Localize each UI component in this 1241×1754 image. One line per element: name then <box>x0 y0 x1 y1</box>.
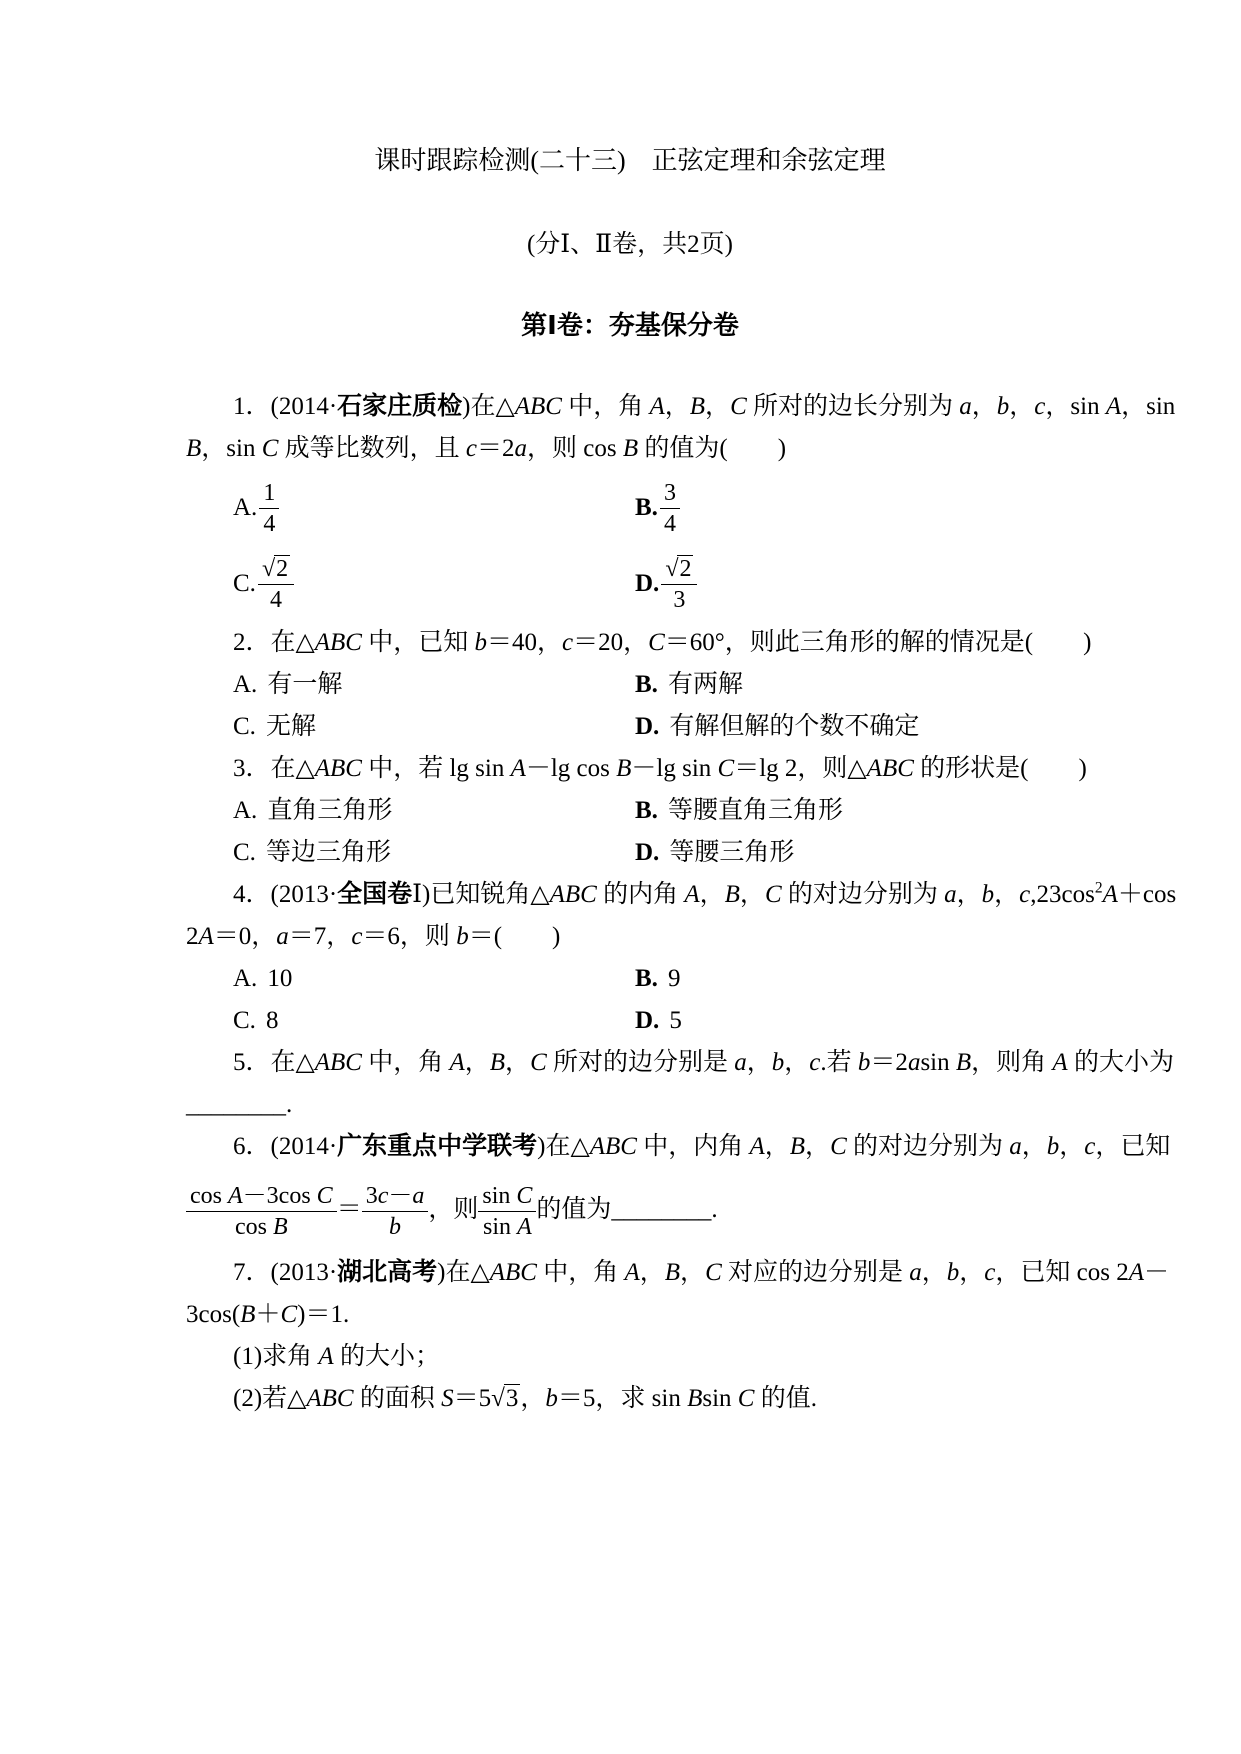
section-header: 第Ⅰ卷：夯基保分卷 <box>186 304 1074 346</box>
text-line: B，sin C 成等比数列，且 c＝2a，则 cos B 的值为( ) <box>186 428 1074 470</box>
document-page: 课时跟踪检测(二十三) 正弦定理和余弦定理 (分Ⅰ、Ⅱ卷，共2页) 第Ⅰ卷：夯基… <box>0 0 1241 1754</box>
option-label: A. <box>233 958 257 1000</box>
option-text: 14 <box>259 478 279 539</box>
text-line: ________. <box>186 1084 1074 1126</box>
option-text: √23 <box>661 554 697 615</box>
option-row: C.等边三角形D.等腰三角形 <box>186 832 1074 874</box>
option-item: C.无解 <box>233 706 635 748</box>
option-label: B. <box>635 958 658 1000</box>
page-title: 课时跟踪检测(二十三) 正弦定理和余弦定理 <box>186 140 1074 182</box>
option-label: A. <box>233 790 257 832</box>
option-label: C. <box>233 563 256 605</box>
option-row: A.直角三角形B.等腰直角三角形 <box>186 790 1074 832</box>
option-item: B.等腰直角三角形 <box>635 790 843 832</box>
text-line: 2A＝0，a＝7，c＝6，则 b＝( ) <box>186 916 1074 958</box>
option-label: B. <box>635 790 658 832</box>
page-subtitle: (分Ⅰ、Ⅱ卷，共2页) <box>186 224 1074 266</box>
option-label: B. <box>635 664 658 706</box>
option-text: √24 <box>258 554 294 615</box>
option-text: 等边三角形 <box>266 832 391 874</box>
option-row: A.10B.9 <box>186 958 1074 1000</box>
option-text: 有解但解的个数不确定 <box>669 706 919 748</box>
option-text: 无解 <box>266 706 316 748</box>
option-label: A. <box>233 664 257 706</box>
option-item: A.直角三角形 <box>233 790 635 832</box>
fraction: cos A－3cos Ccos B <box>186 1181 337 1242</box>
option-item: A.10 <box>233 958 635 1000</box>
text-line: 7．(2013·湖北高考)在△ABC 中，角 A，B，C 对应的边分别是 a，b… <box>186 1252 1074 1294</box>
option-item: D.5 <box>635 1000 682 1042</box>
option-item: B.9 <box>635 958 680 1000</box>
option-item: D.等腰三角形 <box>635 832 794 874</box>
option-text: 直角三角形 <box>267 790 392 832</box>
radical: √3 <box>491 1385 520 1412</box>
fraction: sin Csin A <box>478 1181 536 1242</box>
option-item: B.有两解 <box>635 664 743 706</box>
option-label: D. <box>635 832 659 874</box>
radical: √2 <box>262 556 290 582</box>
option-item: D.√23 <box>635 554 697 615</box>
text-line: 6．(2014·广东重点中学联考)在△ABC 中，内角 A，B，C 的对边分别为… <box>186 1126 1074 1168</box>
text-line: 4．(2013·全国卷Ⅰ)已知锐角△ABC 的内角 A，B，C 的对边分别为 a… <box>186 874 1074 916</box>
option-label: A. <box>233 487 257 529</box>
option-text: 等腰直角三角形 <box>668 790 843 832</box>
option-row: C.√24D.√23 <box>186 546 1074 622</box>
option-label: B. <box>635 487 658 529</box>
option-text: 8 <box>266 1000 279 1042</box>
option-label: D. <box>635 563 659 605</box>
option-text: 10 <box>267 958 292 1000</box>
option-item: B.34 <box>635 478 680 539</box>
text-line: 3．在△ABC 中，若 lg sin A－lg cos B－lg sin C＝l… <box>186 748 1074 790</box>
option-row: C.无解D.有解但解的个数不确定 <box>186 706 1074 748</box>
document-body: 1．(2014·石家庄质检)在△ABC 中，角 A，B，C 所对的边长分别为 a… <box>186 386 1074 1420</box>
option-text: 等腰三角形 <box>669 832 794 874</box>
document-content: 课时跟踪检测(二十三) 正弦定理和余弦定理 (分Ⅰ、Ⅱ卷，共2页) 第Ⅰ卷：夯基… <box>186 140 1074 1420</box>
option-item: C.等边三角形 <box>233 832 635 874</box>
fraction: 14 <box>259 478 279 539</box>
radical: √2 <box>665 556 693 582</box>
option-label: C. <box>233 1000 256 1042</box>
formula-line: cos A－3cos Ccos B＝3c－ab，则sin Csin A的值为__… <box>186 1168 1074 1252</box>
option-text: 34 <box>660 478 680 539</box>
fraction: 3c－ab <box>362 1181 429 1242</box>
option-item: C.8 <box>233 1000 635 1042</box>
fraction: 34 <box>660 478 680 539</box>
option-text: 5 <box>669 1000 682 1042</box>
option-label: C. <box>233 706 256 748</box>
option-label: D. <box>635 1000 659 1042</box>
option-text: 9 <box>668 958 681 1000</box>
option-label: D. <box>635 706 659 748</box>
option-text: 有一解 <box>267 664 342 706</box>
text-line: 5．在△ABC 中，角 A，B，C 所对的边分别是 a，b，c.若 b＝2asi… <box>186 1042 1074 1084</box>
option-text: 有两解 <box>668 664 743 706</box>
option-label: C. <box>233 832 256 874</box>
option-row: A.14B.34 <box>186 470 1074 546</box>
text-line: (1)求角 A 的大小； <box>186 1336 1074 1378</box>
text-line: 1．(2014·石家庄质检)在△ABC 中，角 A，B，C 所对的边长分别为 a… <box>186 386 1074 428</box>
option-row: C.8D.5 <box>186 1000 1074 1042</box>
option-item: A.有一解 <box>233 664 635 706</box>
fraction: √24 <box>258 554 294 615</box>
fraction: √23 <box>661 554 697 615</box>
text-line: (2)若△ABC 的面积 S＝5√3，b＝5，求 sin Bsin C 的值. <box>186 1378 1074 1420</box>
option-row: A.有一解B.有两解 <box>186 664 1074 706</box>
text-line: 2．在△ABC 中，已知 b＝40，c＝20，C＝60°，则此三角形的解的情况是… <box>186 622 1074 664</box>
text-line: 3cos(B＋C)＝1. <box>186 1294 1074 1336</box>
option-item: C.√24 <box>233 554 635 615</box>
option-item: A.14 <box>233 478 635 539</box>
option-item: D.有解但解的个数不确定 <box>635 706 919 748</box>
